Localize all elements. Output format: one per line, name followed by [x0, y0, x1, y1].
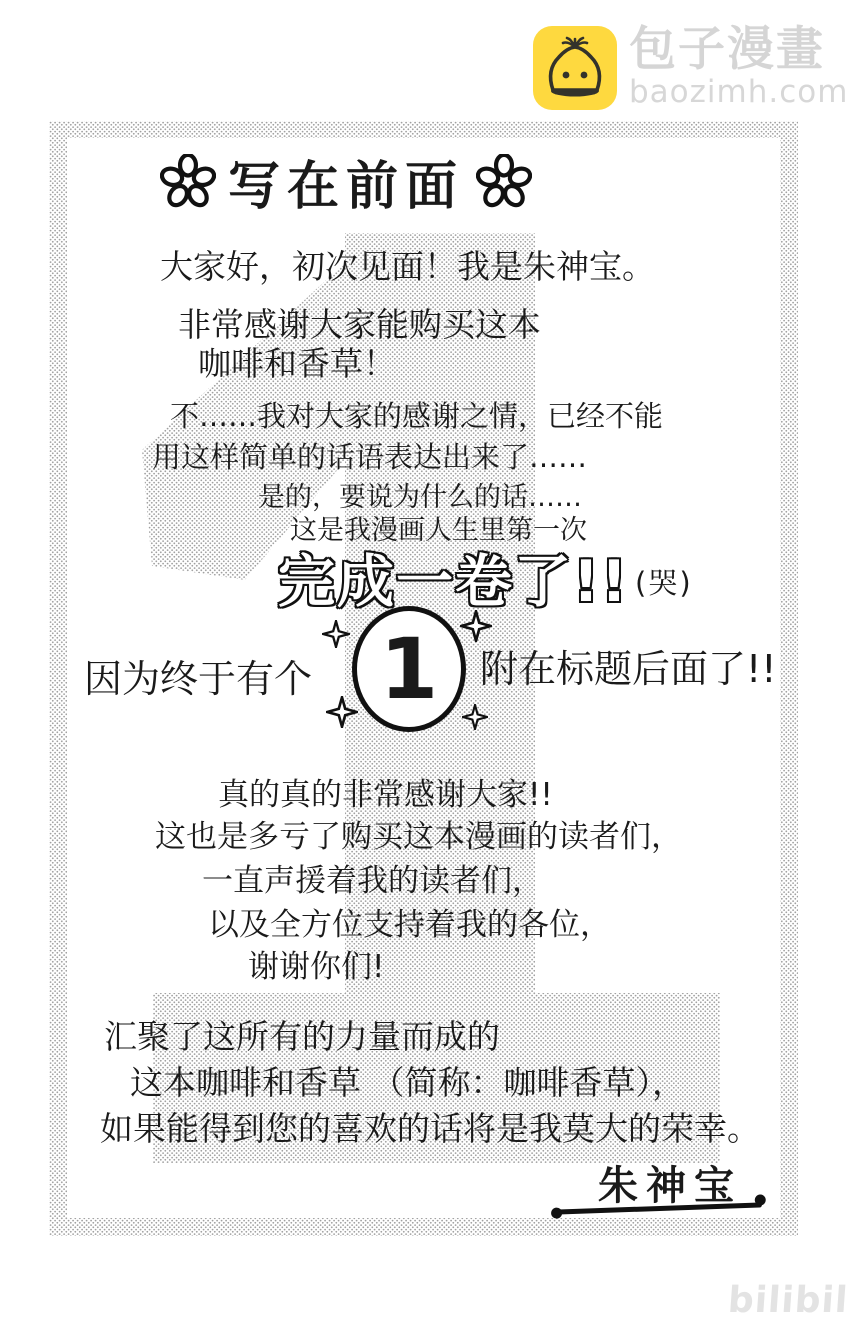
circled-number-1: 1 [352, 606, 466, 732]
author-signature: 朱神宝 [598, 1163, 742, 1209]
flower-icon [160, 154, 216, 210]
text-line: 非常感谢大家能购买这本 [178, 306, 541, 344]
sparkle-icon [322, 620, 350, 648]
sparkle-icon [460, 610, 492, 642]
sparkle-icon [326, 696, 358, 728]
text-line: 这也是多亏了购买这本漫画的读者们， [155, 820, 682, 856]
volume-line-after: 附在标题后面了!! [480, 648, 776, 692]
site-logo: 包子漫畫 baozimh.com [533, 26, 848, 110]
text-line: 用这样简单的话语表达出来了…… [152, 441, 587, 474]
flower-icon [476, 154, 532, 210]
text-line: 谢谢你们! [248, 950, 384, 986]
bilibili-watermark: bilibili [727, 1280, 850, 1321]
text-line: 咖啡和香草！ [198, 345, 396, 383]
text-line: 如果能得到您的喜欢的话将是我莫大的荣幸。 [100, 1110, 760, 1148]
text-line: 不……我对大家的感谢之情，已经不能 [170, 400, 663, 433]
baozi-bun-icon [533, 26, 617, 110]
text-line: 以及全方位支持着我的各位， [208, 908, 611, 944]
greeting-line: 大家好，初次见面！我是朱神宝。 [160, 248, 655, 286]
site-brand-name: 包子漫畫 [629, 26, 848, 73]
volume-line-before: 因为终于有个 [84, 658, 312, 702]
text-line: 是的，要说为什么的话…… [258, 482, 582, 513]
page-title: 写在前面 [228, 144, 464, 219]
headline-finished-volume: 完成一卷了!!(哭) [278, 550, 693, 616]
page-title-row: 写在前面 [160, 144, 532, 219]
sparkle-icon [462, 704, 488, 730]
text-line: 这是我漫画人生里第一次 [290, 515, 587, 546]
text-line: 一直声援着我的读者们， [202, 864, 543, 900]
headline-crying-note: (哭) [635, 566, 693, 600]
thanks-line: 真的真的非常感谢大家!! [218, 778, 553, 814]
text-line: 这本咖啡和香草 （简称：咖啡香草）， [130, 1064, 685, 1102]
closing-line: 汇聚了这所有的力量而成的 [104, 1018, 500, 1056]
site-domain: baozimh.com [629, 77, 848, 108]
